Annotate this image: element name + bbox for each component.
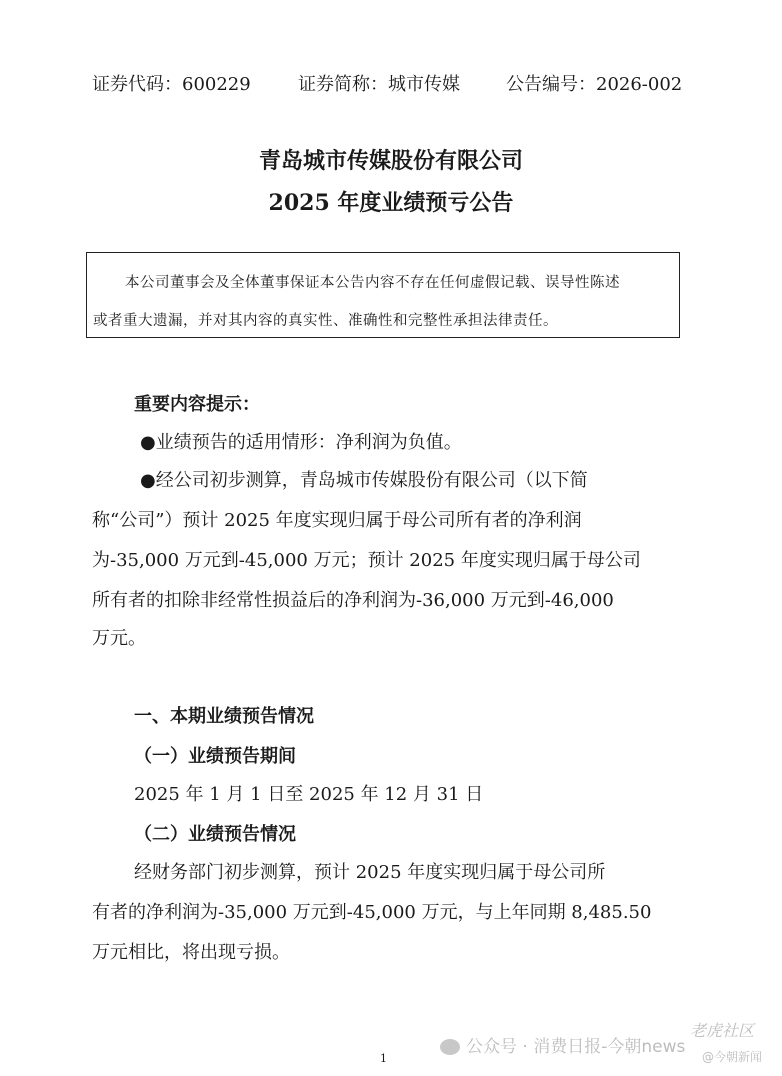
forecast-text: 万元相比，将出现亏损。 [92, 938, 290, 964]
subsection-heading: （一）业绩预告期间 [134, 742, 296, 768]
subsection-heading: （二）业绩预告情况 [134, 820, 296, 846]
highlight-text: 为-35,000 万元到-45,000 万元；预计 2025 年度实现归属于母公… [92, 546, 641, 572]
handle-watermark: @今朝新闻 [702, 1048, 762, 1065]
highlight-text: 称“公司”）预计 2025 年度实现归属于母公司所有者的净利润 [92, 506, 582, 532]
forecast-text: 有者的净利润为-35,000 万元到-45,000 万元，与上年同期 8,485… [92, 898, 651, 924]
brand-watermark: 老虎社区 [690, 1018, 754, 1041]
watermark: 公众号 · 消费日报-今朝news [440, 1032, 685, 1057]
notice-title: 2025 年度业绩预亏公告 [0, 186, 782, 217]
disclaimer-line: 或者重大遗漏，并对其内容的真实性、准确性和完整性承担法律责任。 [93, 309, 558, 330]
company-title: 青岛城市传媒股份有限公司 [0, 144, 782, 175]
forecast-text: 经财务部门初步测算，预计 2025 年度实现归属于母公司所 [134, 858, 605, 884]
wechat-icon [440, 1039, 460, 1055]
section-heading: 一、本期业绩预告情况 [134, 702, 314, 728]
page-number: 1 [380, 1052, 387, 1065]
stock-short-name: 证券简称：城市传媒 [298, 70, 460, 96]
stock-code: 证券代码：600229 [92, 70, 251, 96]
forecast-period: 2025 年 1 月 1 日至 2025 年 12 月 31 日 [134, 780, 483, 806]
disclaimer-line: 本公司董事会及全体董事保证本公告内容不存在任何虚假记载、误导性陈述 [125, 271, 620, 292]
disclaimer-box: 本公司董事会及全体董事保证本公告内容不存在任何虚假记载、误导性陈述 或者重大遗漏… [86, 252, 680, 338]
highlight-text: 所有者的扣除非经常性损益后的净利润为-36,000 万元到-46,000 [92, 586, 614, 612]
notice-number: 公告编号：2026-002 [506, 70, 682, 96]
watermark-text: 公众号 · 消费日报-今朝news [466, 1037, 685, 1057]
highlights-heading: 重要内容提示： [134, 390, 260, 416]
highlight-bullet: ●业绩预告的适用情形：净利润为负值。 [140, 428, 462, 454]
highlight-text: ●经公司初步测算，青岛城市传媒股份有限公司（以下简 [140, 466, 588, 492]
highlight-text: 万元。 [92, 624, 146, 650]
